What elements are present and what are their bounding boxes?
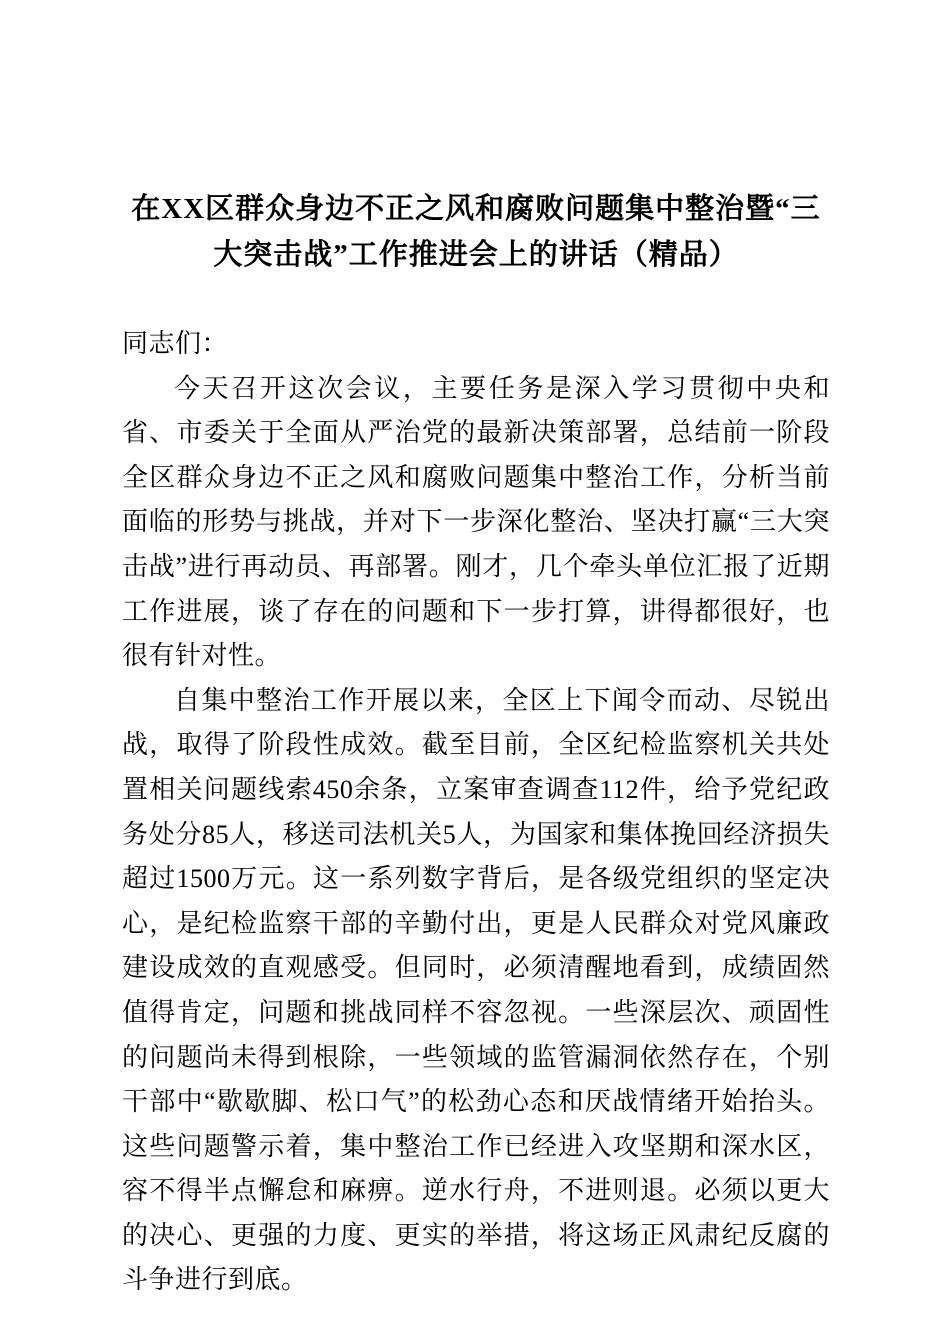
salutation: 同志们： [122,322,830,367]
document-body: 同志们： 今天召开这次会议，主要任务是深入学习贯彻中央和省、市委关于全面从严治党… [122,322,830,1303]
body-paragraph-1: 今天召开这次会议，主要任务是深入学习贯彻中央和省、市委关于全面从严治党的最新决策… [122,367,830,679]
body-paragraph-2: 自集中整治工作开展以来，全区上下闻令而动、尽锐出战，取得了阶段性成效。截至目前，… [122,679,830,1303]
document-page: 在XX区群众身边不正之风和腐败问题集中整治暨“三大突击战”工作推进会上的讲话（精… [0,0,950,1344]
document-title: 在XX区群众身边不正之风和腐败问题集中整治暨“三大突击战”工作推进会上的讲话（精… [122,186,830,278]
